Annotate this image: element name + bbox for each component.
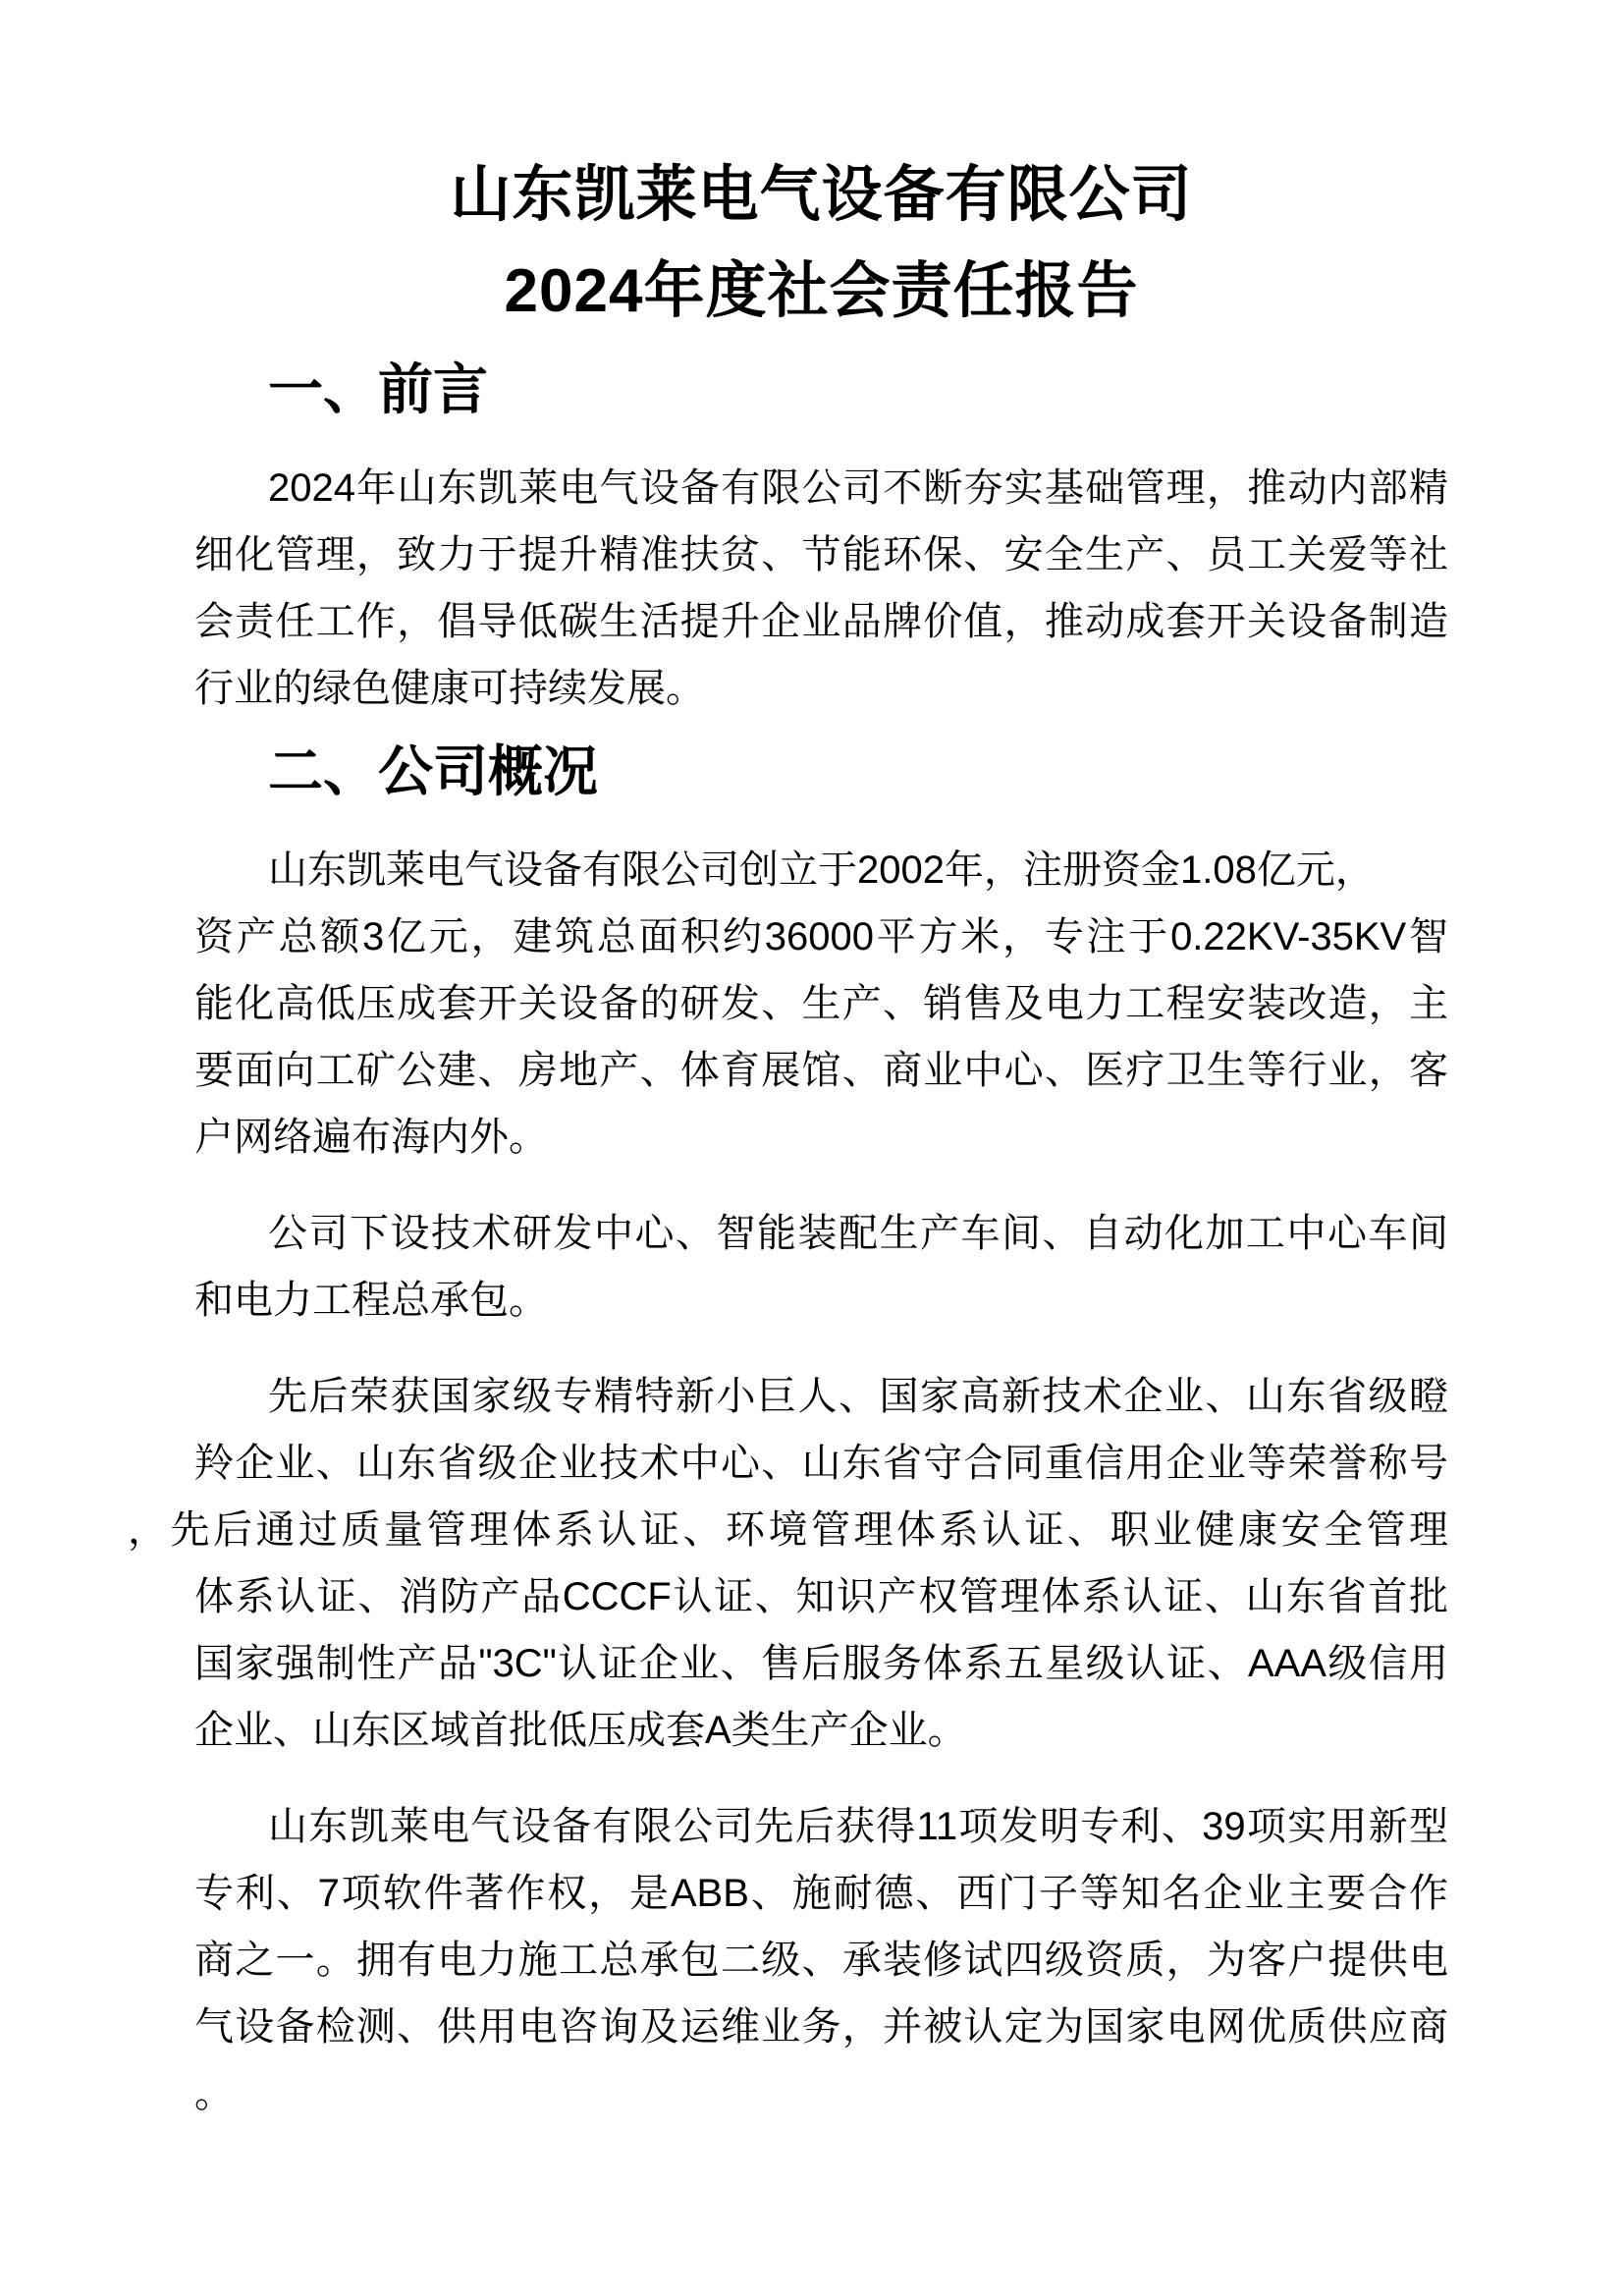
paragraph-line: 和电力工程总承包。 (194, 1267, 1448, 1334)
paragraph-line: 要面向工矿公建、房地产、体育展馆、商业中心、医疗卫生等行业，客 (194, 1037, 1448, 1104)
doc-title-line-2: 2024年度社会责任报告 (194, 244, 1448, 340)
paragraph-line: 气设备检测、供用电咨询及运维业务，并被认定为国家电网优质供应商 (194, 1994, 1448, 2060)
paragraph-line: 行业的绿色健康可持续发展。 (194, 655, 1448, 722)
paragraph-line: 户网络遍布海内外。 (194, 1104, 1448, 1171)
paragraph-line: 。 (194, 2060, 1448, 2127)
paragraph-line: 资产总额3亿元，建筑总面积约36000平方米，专注于0.22KV-35KV智 (194, 903, 1448, 970)
paragraph-line: 专利、7项软件著作权，是ABB、施耐德、西门子等知名企业主要合作 (194, 1860, 1448, 1927)
paragraph-line: 羚企业、山东省级企业技术中心、山东省守合同重信用企业等荣誉称号 (194, 1430, 1448, 1497)
paragraph-line: 商之一。拥有电力施工总承包二级、承装修试四级资质，为客户提供电 (194, 1927, 1448, 1994)
paragraph-company-intro: 山东凯莱电气设备有限公司创立于2002年，注册资金1.08亿元， 资产总额3亿元… (194, 837, 1448, 1171)
paragraph-line: 细化管理，致力于提升精准扶贫、节能环保、安全生产、员工关爱等社 (194, 521, 1448, 588)
paragraph-line: 会责任工作，倡导低碳生活提升企业品牌价值，推动成套开关设备制造 (194, 588, 1448, 655)
paragraph-line: 国家强制性产品"3C"认证企业、售后服务体系五星级认证、AAA级信用 (194, 1630, 1448, 1697)
paragraph-departments: 公司下设技术研发中心、智能装配生产车间、自动化加工中心车间 和电力工程总承包。 (194, 1200, 1448, 1334)
paragraph-line: 2024年山东凯莱电气设备有限公司不断夯实基础管理，推动内部精 (194, 455, 1448, 521)
paragraph-honors: 先后荣获国家级专精特新小巨人、国家高新技术企业、山东省级瞪 羚企业、山东省级企业… (194, 1363, 1448, 1764)
paragraph-patents: 山东凯莱电气设备有限公司先后获得11项发明专利、39项实用新型 专利、7项软件著… (194, 1793, 1448, 2127)
paragraph-line: 企业、山东区域首批低压成套A类生产企业。 (194, 1697, 1448, 1764)
paragraph-line: ，先后通过质量管理体系认证、环境管理体系认证、职业健康安全管理 (128, 1497, 1448, 1563)
paragraph-line: 能化高低压成套开关设备的研发、生产、销售及电力工程安装改造，主 (194, 970, 1448, 1037)
section-heading-foreword: 一、前言 (194, 343, 1448, 437)
paragraph-line: 体系认证、消防产品CCCF认证、知识产权管理体系认证、山东省首批 (194, 1563, 1448, 1630)
paragraph-line: 山东凯莱电气设备有限公司创立于2002年，注册资金1.08亿元， (194, 837, 1448, 903)
paragraph-line: 先后荣获国家级专精特新小巨人、国家高新技术企业、山东省级瞪 (194, 1363, 1448, 1430)
paragraph-foreword: 2024年山东凯莱电气设备有限公司不断夯实基础管理，推动内部精 细化管理，致力于… (194, 455, 1448, 722)
doc-title-line-1: 山东凯莱电气设备有限公司 (194, 147, 1448, 244)
section-heading-company-overview: 二、公司概况 (194, 725, 1448, 819)
document-page: 山东凯莱电气设备有限公司 2024年度社会责任报告 一、前言 2024年山东凯莱… (0, 0, 1624, 2296)
paragraph-line: 山东凯莱电气设备有限公司先后获得11项发明专利、39项实用新型 (194, 1793, 1448, 1860)
paragraph-line: 公司下设技术研发中心、智能装配生产车间、自动化加工中心车间 (194, 1200, 1448, 1267)
